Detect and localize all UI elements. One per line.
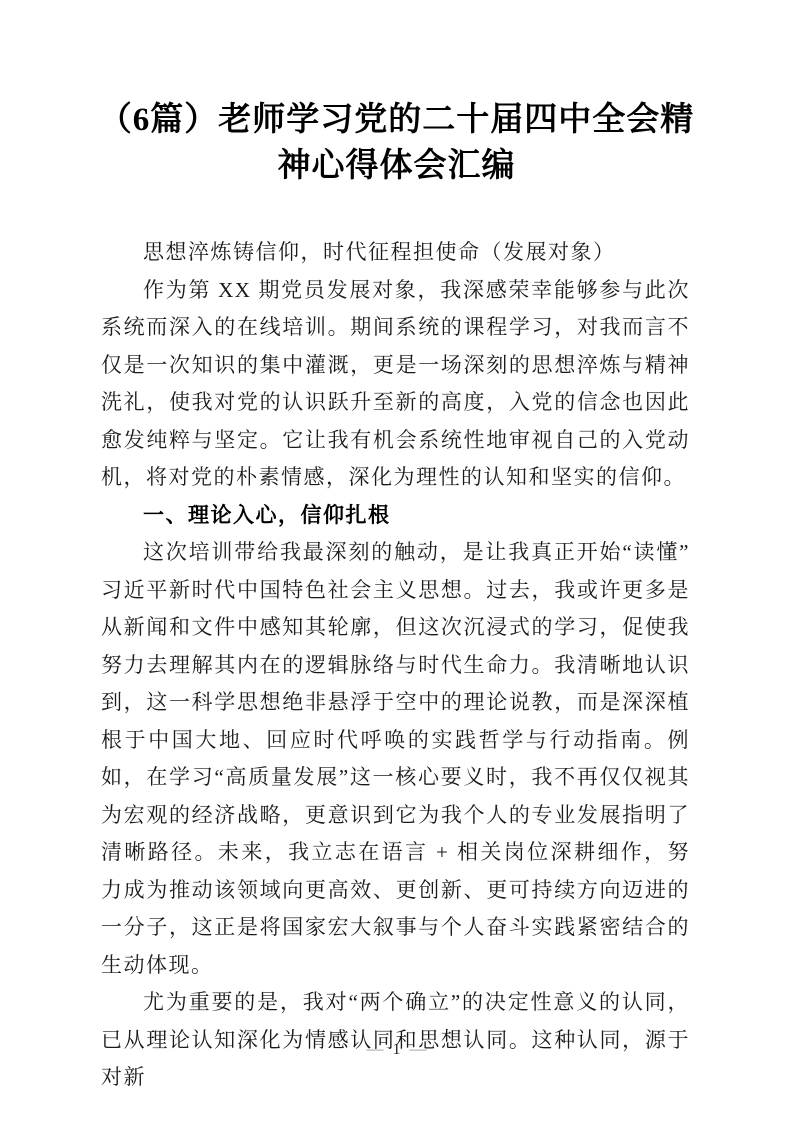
paragraph-intro: 作为第 XX 期党员发展对象，我深感荣幸能够参与此次系统而深入的在线培训。期间系…: [101, 272, 690, 497]
footer-dash-right: —: [401, 1039, 436, 1058]
page-number: 1: [393, 1041, 401, 1058]
section-heading-1: 一、理论入心，信仰扎根: [101, 497, 690, 535]
document-page: （6篇）老师学习党的二十届四中全会精神心得体会汇编 思想淬炼铸信仰，时代征程担使…: [0, 0, 793, 1122]
page-footer: —1—: [0, 1039, 793, 1060]
essay-subtitle: 思想淬炼铸信仰，时代征程担使命（发展对象）: [101, 234, 690, 272]
document-body: 思想淬炼铸信仰，时代征程担使命（发展对象） 作为第 XX 期党员发展对象，我深感…: [0, 234, 793, 1097]
footer-dash-left: —: [358, 1039, 393, 1058]
paragraph-theory: 这次培训带给我最深刻的触动，是让我真正开始“读懂”习近平新时代中国特色社会主义思…: [101, 534, 690, 984]
document-title: （6篇）老师学习党的二十届四中全会精神心得体会汇编: [88, 97, 705, 189]
